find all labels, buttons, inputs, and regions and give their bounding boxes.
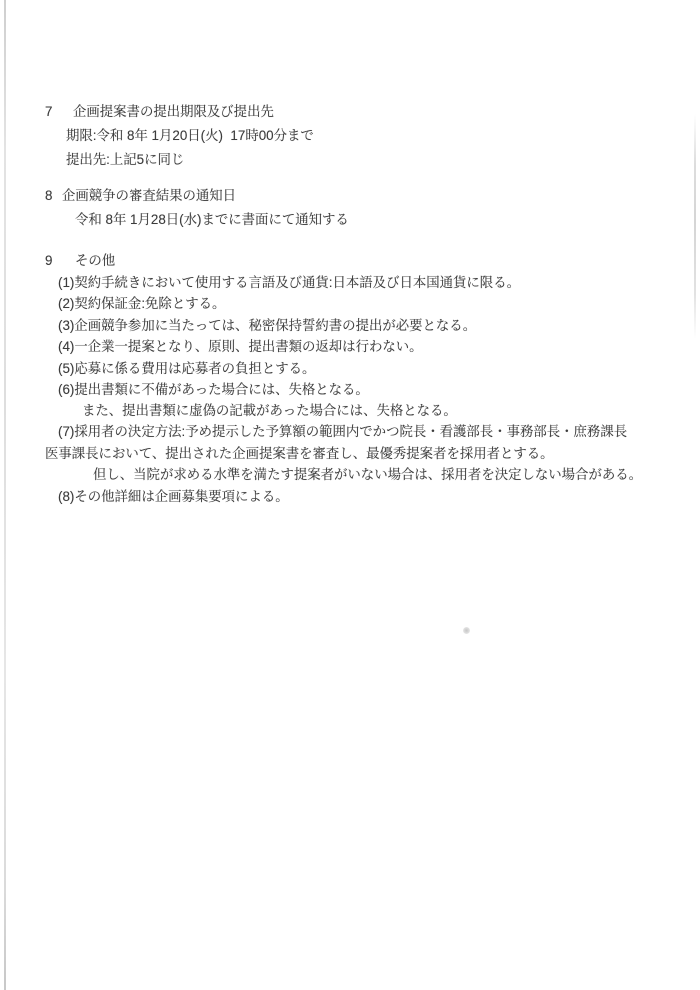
section-9-item-2: (2)契約保証金:免除とする。: [58, 295, 225, 312]
section-8-title: 企画競争の審査結果の通知日: [62, 187, 236, 204]
section-9-heading: 9 その他: [0, 252, 700, 269]
section-9-item-1: (1)契約手続きにおいて使用する言語及び通貨:日本語及び日本国通貨に限る。: [58, 274, 520, 291]
section-7-line-deadline: 期限:令和 8年 1月20日(火) 17時00分まで: [66, 127, 314, 144]
section-9-item-5: (5)応募に係る費用は応募者の負担とする。: [58, 360, 315, 377]
section-7-heading: 7 企画提案書の提出期限及び提出先: [0, 103, 700, 120]
document-page: 7 企画提案書の提出期限及び提出先 期限:令和 8年 1月20日(火) 17時0…: [0, 0, 700, 990]
section-8-number: 8: [45, 187, 52, 204]
section-9-item-7-continuation: 医事課長において、提出された企画提案書を審査し、最優秀提案者を採用者とする。: [45, 445, 554, 462]
section-7-title: 企画提案書の提出期限及び提出先: [73, 103, 274, 120]
scan-speck-artifact: [463, 627, 470, 634]
section-9-item-6: (6)提出書類に不備があった場合には、失格となる。: [58, 381, 369, 398]
scan-edge-right-artifact: [694, 114, 696, 339]
section-9-item-6-continuation: また、提出書類に虚偽の記載があった場合には、失格となる。: [82, 402, 457, 419]
scan-edge-left-artifact: [4, 0, 6, 990]
section-7-number: 7: [45, 103, 52, 120]
section-9-item-8: (8)その他詳細は企画募集要項による。: [58, 488, 289, 505]
section-9-item-7-proviso: 但し、当院が求める水準を満たす提案者がいない場合は、採用者を決定しない場合がある…: [93, 466, 642, 483]
section-7-line-destination: 提出先:上記5に同じ: [66, 151, 184, 168]
section-9-item-4: (4)一企業一提案となり、原則、提出書類の返却は行わない。: [58, 338, 423, 355]
section-8-line-notice-date: 令和 8年 1月28日(水)までに書面にて通知する: [75, 211, 349, 228]
section-9-item-7: (7)採用者の決定方法:予め提示した予算額の範囲内でかつ院長・看護部長・事務部長…: [58, 423, 627, 440]
section-9-item-3: (3)企画競争参加に当たっては、秘密保持誓約書の提出が必要となる。: [58, 317, 476, 334]
section-9-number: 9: [45, 252, 52, 269]
section-9-title: その他: [75, 252, 115, 269]
section-8-heading: 8 企画競争の審査結果の通知日: [0, 187, 700, 204]
